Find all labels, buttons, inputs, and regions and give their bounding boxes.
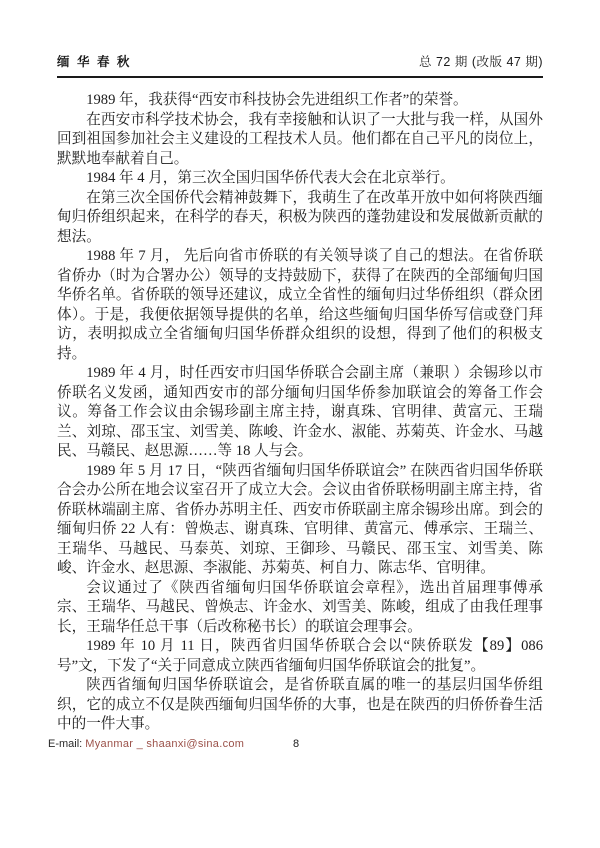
paragraph-1: 1989 年，我获得“西安市科技协会先进组织工作者”的荣誉。 [57,91,543,111]
email-label: E-mail: [48,738,82,750]
page-header: 缅 华 春 秋 总 72 期 (改版 47 期) [57,52,543,70]
paragraph-9: 1989 年 10 月 11 日，陕西省归国华侨联合会以“陕侨联发【89】086… [57,637,543,676]
paragraph-4: 在第三次全国侨代会精神鼓舞下，我萌生了在改革开放中如何将陕西缅甸归侨组织起来，在… [57,189,543,248]
paragraph-8: 会议通过了《陕西省缅甸归国华侨联谊会章程》，选出首届理事傅承宗、王瑞华、马越民、… [57,579,543,638]
journal-page: 缅 华 春 秋 总 72 期 (改版 47 期) 1989 年，我获得“西安市科… [0,0,600,848]
journal-title: 缅 华 春 秋 [57,52,131,70]
email-line: E-mail: Myanmar _ shaanxi@sina.com [48,738,244,750]
page-footer: E-mail: Myanmar _ shaanxi@sina.com 8 [48,738,543,754]
header-rule [57,76,543,78]
article-body: 1989 年，我获得“西安市科技协会先进组织工作者”的荣誉。 在西安市科学技术协… [57,91,543,735]
issue-info: 总 72 期 (改版 47 期) [419,52,543,70]
page-number: 8 [293,738,299,750]
paragraph-2: 在西安市科学技术协会，我有幸接触和认识了一大批与我一样，从国外回到祖国参加社会主… [57,111,543,170]
paragraph-5: 1988 年 7 月， 先后向省市侨联的有关领导谈了自己的想法。在省侨联省侨办（… [57,247,543,364]
paragraph-10: 陕西省缅甸归国华侨联谊会，是省侨联直属的唯一的基层归国华侨组织，它的成立不仅是陕… [57,676,543,735]
paragraph-7: 1989 年 5 月 17 日，“陕西省缅甸归国华侨联谊会” 在陕西省归国华侨联… [57,462,543,579]
paragraph-3: 1984 年 4 月，第三次全国归国华侨代表大会在北京举行。 [57,169,543,189]
email-address: Myanmar _ shaanxi@sina.com [85,738,244,750]
paragraph-6: 1989 年 4 月，时任西安市归国华侨联合会副主席（兼职 ）余锡珍以市侨联名义… [57,364,543,462]
